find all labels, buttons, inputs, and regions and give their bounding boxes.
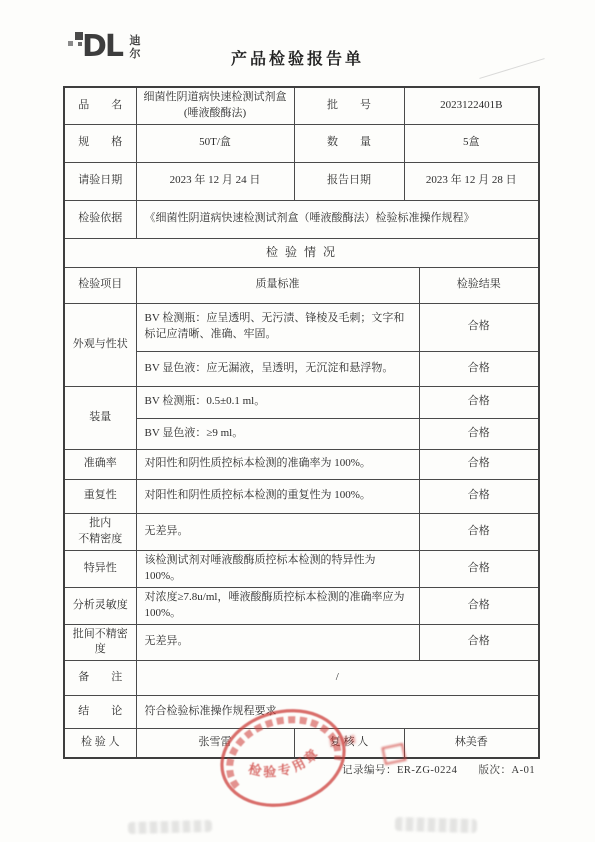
page-title: 产品检验报告单 [0,46,595,69]
table-row: 重复性 对阳性和阴性质控标本检测的重复性为 100%。 合格 [64,479,539,513]
standard-cell: BV 检测瓶：应呈透明、无污渍、锋棱及毛刺；文字和标记应清晰、准确、牢固。 [136,303,419,351]
result-cell: 合格 [419,449,539,479]
result-cell: 合格 [419,386,539,418]
table-row: 批间不精密 度 无差异。 合格 [64,624,539,661]
table-row: 备 注 / [64,661,539,696]
result-cell: 合格 [419,624,539,661]
col-header-standard: 质量标准 [136,267,419,303]
table-row: 品 名 细菌性阴道病快速检测试剂盒(唾液酸酶法) 批 号 2023122401B [64,87,539,124]
report-table: 品 名 细菌性阴道病快速检测试剂盒(唾液酸酶法) 批 号 2023122401B… [63,86,540,759]
basis-value: 《细菌性阴道病快速检测试剂盒（唾液酸酶法）检验标准操作规程》 [136,200,539,238]
table-row: 检验依据 《细菌性阴道病快速检测试剂盒（唾液酸酶法）检验标准操作规程》 [64,200,539,238]
standard-cell: 无差异。 [136,513,419,550]
result-cell: 合格 [419,479,539,513]
conclusion-value: 符合检验标准操作规程要求 [136,696,539,729]
result-cell: 合格 [419,513,539,550]
standard-cell: 对阳性和阴性质控标本检测的重复性为 100%。 [136,479,419,513]
inspector-signature: 张雪雷 [136,729,294,758]
table-row: 准确率 对阳性和阴性质控标本检测的准确率为 100%。 合格 [64,449,539,479]
scanned-report-page: { "logo": { "dl": "DL", "cn_top": "迪", "… [0,0,595,842]
item-appearance: 外观与性状 [64,303,136,386]
request-date-value: 2023 年 12 月 24 日 [136,162,294,200]
item-accuracy: 准确率 [64,449,136,479]
quantity-value: 5盒 [404,124,539,162]
scan-smudge [395,817,477,833]
result-cell: 合格 [419,418,539,449]
section-header-row: 检 验 情 况 [64,238,539,267]
table-row: 结 论 符合检验标准操作规程要求 [64,696,539,729]
reviewer-label: 复 核 人 [294,729,404,758]
table-row: 特异性 该检测试剂对唾液酸酶质控标本检测的特异性为 100%。 合格 [64,550,539,587]
standard-cell: BV 显色液：应无漏液，呈透明，无沉淀和悬浮物。 [136,351,419,386]
item-fill-volume: 装量 [64,386,136,449]
item-repeatability: 重复性 [64,479,136,513]
standard-cell: 该检测试剂对唾液酸酶质控标本检测的特异性为 100%。 [136,550,419,587]
standard-cell: BV 检测瓶：0.5±0.1 ml。 [136,386,419,418]
document-footer: 记录编号：ER-ZG-0224 版次：A-01 [342,762,572,777]
item-specificity: 特异性 [64,550,136,587]
batch-label: 批 号 [294,87,404,124]
product-name-value: 细菌性阴道病快速检测试剂盒(唾液酸酶法) [136,87,294,124]
table-row: 批内 不精密度 无差异。 合格 [64,513,539,550]
conclusion-label: 结 论 [64,696,136,729]
result-cell: 合格 [419,550,539,587]
col-header-item: 检验项目 [64,267,136,303]
inspector-label: 检 验 人 [64,729,136,758]
product-name-label: 品 名 [64,87,136,124]
result-cell: 合格 [419,587,539,624]
item-inter-batch-imprecision: 批间不精密 度 [64,624,136,661]
inspection-section-title: 检 验 情 况 [64,238,539,267]
col-header-result: 检验结果 [419,267,539,303]
standard-cell: 对阳性和阴性质控标本检测的准确率为 100%。 [136,449,419,479]
item-analytical-sensitivity: 分析灵敏度 [64,587,136,624]
version-number: 版次：A-01 [479,765,536,776]
standard-cell: 无差异。 [136,624,419,661]
standard-cell: 对浓度≥7.8u/ml，唾液酸酶质控标本检测的准确率应为 100%。 [136,587,419,624]
remark-value: / [136,661,539,696]
reviewer-signature: 林美香 [404,729,539,758]
remark-label: 备 注 [64,661,136,696]
batch-value: 2023122401B [404,87,539,124]
report-date-label: 报告日期 [294,162,404,200]
spec-label: 规 格 [64,124,136,162]
table-row: BV 显色液：≥9 ml。 合格 [64,418,539,449]
table-row: 分析灵敏度 对浓度≥7.8u/ml，唾液酸酶质控标本检测的准确率应为 100%。… [64,587,539,624]
item-intra-batch-imprecision: 批内 不精密度 [64,513,136,550]
table-row: 请验日期 2023 年 12 月 24 日 报告日期 2023 年 12 月 2… [64,162,539,200]
report-date-value: 2023 年 12 月 28 日 [404,162,539,200]
standard-cell: BV 显色液：≥9 ml。 [136,418,419,449]
quantity-label: 数 量 [294,124,404,162]
table-row: 规 格 50T/盒 数 量 5盒 [64,124,539,162]
table-row: 装量 BV 检测瓶：0.5±0.1 ml。 合格 [64,386,539,418]
scan-smudge [128,820,212,834]
spec-value: 50T/盒 [136,124,294,162]
request-date-label: 请验日期 [64,162,136,200]
table-row: BV 显色液：应无漏液，呈透明，无沉淀和悬浮物。 合格 [64,351,539,386]
result-cell: 合格 [419,303,539,351]
basis-label: 检验依据 [64,200,136,238]
column-header-row: 检验项目 质量标准 检验结果 [64,267,539,303]
table-row: 外观与性状 BV 检测瓶：应呈透明、无污渍、锋棱及毛刺；文字和标记应清晰、准确、… [64,303,539,351]
record-number: 记录编号：ER-ZG-0224 [342,765,457,776]
signature-row: 检 验 人 张雪雷 复 核 人 林美香 [64,729,539,758]
result-cell: 合格 [419,351,539,386]
